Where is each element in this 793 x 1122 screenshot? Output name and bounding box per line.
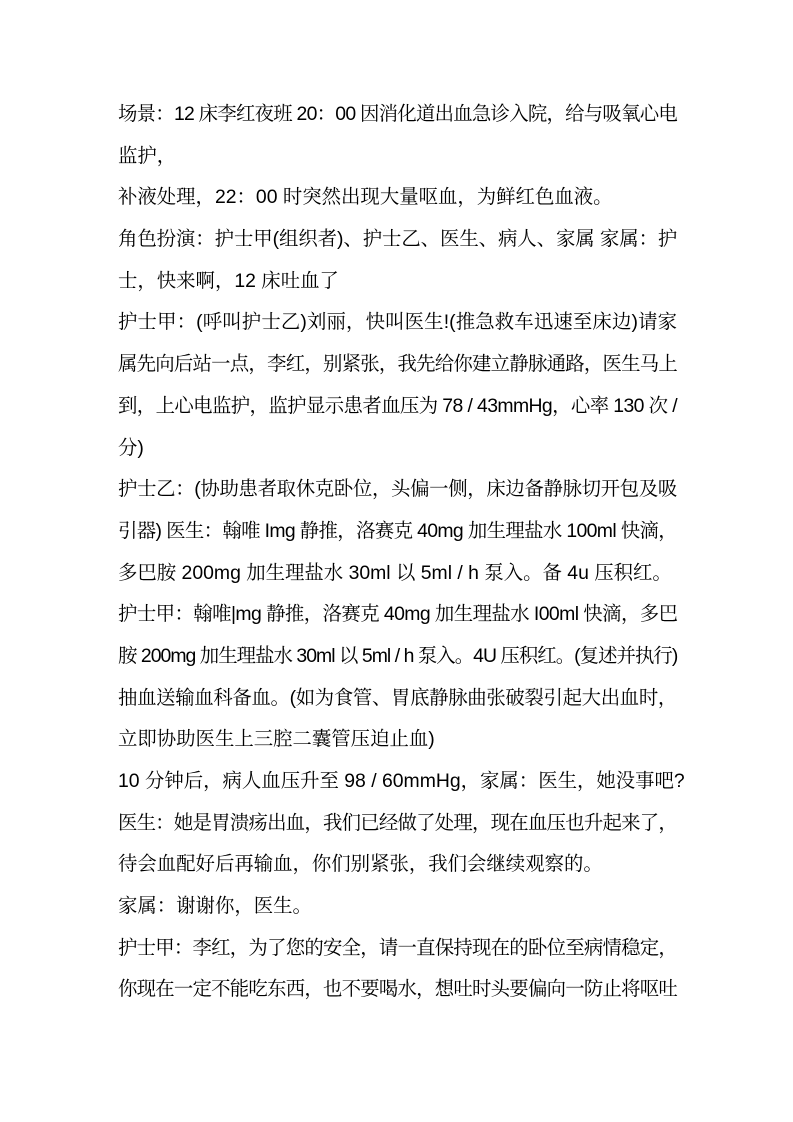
text-line: 监护， [118, 136, 677, 178]
text-line: 到，上心电监护，监护显示患者血压为 78 / 43mmHg，心率 130 次 / [118, 386, 677, 428]
text-line: 护士甲：翰唯|mg 静推，洛赛克 40mg 加生理盐水 I00ml 快滴，多巴 [118, 594, 677, 636]
text-line: 护士甲：(呼叫护士乙)刘丽，快叫医生!(推急救车迅速至床边)请家 [118, 302, 677, 344]
text-line: 多巴胺 200mg 加生理盐水 30ml 以 5ml / h 泵入。备 4u 压… [118, 553, 677, 595]
document-page: 场景：12 床李红夜班 20：00 因消化道出血急诊入院，给与吸氧心电 监护， … [0, 0, 793, 1122]
text-line: 医生：她是胃溃疡出血，我们已经做了处理，现在血压也升起来了， [118, 803, 677, 845]
text-line: 胺 200mg 加生理盐水 30ml 以 5ml / h 泵入。4U 压积红。(… [118, 636, 677, 678]
text-line: 护士甲：李红，为了您的安全，请一直保持现在的卧位至病情稳定， [118, 928, 677, 970]
text-line: 护士乙：(协助患者取休克卧位，头偏一侧，床边备静脉切开包及吸 [118, 469, 677, 511]
text-line: 角色扮演：护士甲(组织者)、护士乙、医生、病人、家属 家属：护 [118, 219, 677, 261]
text-line: 分) [118, 428, 677, 470]
text-line: 抽血送输血科备血。(如为食管、胃底静脉曲张破裂引起大出血时， [118, 678, 677, 720]
text-line: 待会血配好后再输血，你们别紧张，我们会继续观察的。 [118, 844, 677, 886]
text-line: 引器) 医生：翰唯 Img 静推，洛赛克 40mg 加生理盐水 100ml 快滴… [118, 511, 677, 553]
text-line: 你现在一定不能吃东西，也不要喝水，想吐时头要偏向一防止将呕吐 [118, 969, 677, 1011]
text-line: 家属：谢谢你，医生。 [118, 886, 677, 928]
text-line: 场景：12 床李红夜班 20：00 因消化道出血急诊入院，给与吸氧心电 [118, 94, 677, 136]
text-line: 士，快来啊，12 床吐血了 [118, 261, 677, 303]
text-line: 补液处理，22：00 时突然出现大量呕血，为鲜红色血液。 [118, 177, 677, 219]
text-line: 属先向后站一点，李红，别紧张，我先给你建立静脉通路，医生马上 [118, 344, 677, 386]
text-line: 立即协助医生上三腔二囊管压迫止血) [118, 719, 677, 761]
text-line: 10 分钟后，病人血压升至 98 / 60mmHg，家属：医生，她没事吧? [118, 761, 677, 803]
script-text-block: 场景：12 床李红夜班 20：00 因消化道出血急诊入院，给与吸氧心电 监护， … [118, 94, 677, 1011]
